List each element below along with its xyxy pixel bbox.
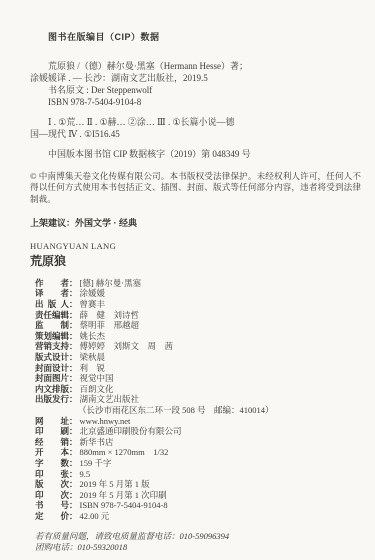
shelf-suggestion: 上架建议：外国文学 · 经典	[30, 216, 361, 229]
credit-colon: ：	[69, 341, 78, 352]
credit-row: 译者：涂媛媛	[35, 288, 361, 299]
credit-label: 作者	[35, 278, 69, 289]
cip-line: Ⅰ . ①荒… Ⅱ . ①赫… ②涂… Ⅲ . ①长篇小说—德	[30, 116, 361, 128]
credit-label: 封面设计	[35, 363, 69, 374]
credit-value: 梁秋晨	[80, 352, 106, 363]
credit-value: 傅婷婷 刘斯文 周 茜	[80, 341, 174, 352]
credit-row: 监制：蔡明菲 邢越超	[35, 320, 361, 331]
credit-label: 定价	[35, 511, 69, 522]
cip-header: 图书在版编目（CIP）数据	[48, 30, 361, 43]
credit-colon: ：	[69, 394, 78, 405]
book-title: 荒原狼	[30, 252, 361, 269]
credit-row: 封面设计：利 锐	[35, 363, 361, 374]
credit-row: 出版人：曾赛丰	[35, 299, 361, 310]
credit-value: ISBN 978-7-5404-9104-8	[80, 500, 168, 511]
credit-colon: ：	[69, 320, 78, 331]
cip-line: 荒原狼 /（德）赫尔曼·黑塞（Hermann Hesse）著；	[30, 60, 361, 72]
credit-value: 北京盛通印刷股份有限公司	[80, 426, 182, 437]
credit-label: 版式设计	[35, 352, 69, 363]
credit-row: 经销：新华书店	[35, 437, 361, 448]
credit-row: 策划编辑：姚长杰	[35, 331, 361, 342]
credit-label: 印张	[35, 469, 69, 480]
credit-colon: ：	[69, 479, 78, 490]
credit-label: 书号	[35, 500, 69, 511]
credit-row: 印刷：北京盛通印刷股份有限公司	[35, 426, 361, 437]
credit-value: [德] 赫尔曼·黑塞	[80, 278, 142, 289]
credit-colon: ：	[69, 458, 78, 469]
credit-row: 印次：2019 年 5 月第 1 次印刷	[35, 490, 361, 501]
credit-label: 内文排版	[35, 384, 69, 395]
credits-list: 作者：[德] 赫尔曼·黑塞译者：涂媛媛出版人：曾赛丰责任编辑：薛 健 刘诗哲监制…	[35, 278, 361, 522]
credit-label: 责任编辑	[35, 310, 69, 321]
credit-colon: ：	[69, 278, 78, 289]
credit-label: 印次	[35, 490, 69, 501]
credit-value: 880mm × 1270mm 1/32	[80, 447, 169, 458]
credit-value: 涂媛媛	[80, 288, 106, 299]
credit-row: 出版发行：湖南文艺出版社	[35, 394, 361, 405]
credit-label: 字数	[35, 458, 69, 469]
credit-value: 百朗文化	[80, 384, 114, 395]
credit-colon: ：	[69, 310, 78, 321]
credit-label: 经销	[35, 437, 69, 448]
credit-row: 版次：2019 年 5 月第 1 版	[35, 479, 361, 490]
credit-value: 2019 年 5 月第 1 版	[80, 479, 150, 490]
credit-label: 营销支持	[35, 341, 69, 352]
credit-value: www.hnwy.net	[80, 416, 131, 427]
credit-label: 出版人	[35, 299, 69, 310]
cip-line: 书名原文 : Der Steppenwolf	[30, 84, 361, 96]
credit-colon: ：	[69, 447, 78, 458]
credit-label: 译者	[35, 288, 69, 299]
group-purchase-notice-line: 团购电话：010-59320018	[35, 542, 361, 553]
credit-value: 曾赛丰	[80, 299, 106, 310]
credit-colon: ：	[69, 331, 78, 342]
credit-row: 网址：www.hnwy.net	[35, 416, 361, 427]
credit-value: 蔡明菲 邢越超	[80, 320, 140, 331]
credit-value: 湖南文艺出版社	[80, 394, 140, 405]
credit-label: 版次	[35, 479, 69, 490]
credit-label: 策划编辑	[35, 331, 69, 342]
credit-colon: ：	[69, 511, 78, 522]
credit-row: 内文排版：百朗文化	[35, 384, 361, 395]
credit-value: 视觉中国	[80, 373, 114, 384]
credit-row: 开本：880mm × 1270mm 1/32	[35, 447, 361, 458]
credit-value: 利 锐	[80, 363, 106, 374]
credit-label: 印刷	[35, 426, 69, 437]
credit-colon: ：	[69, 469, 78, 480]
credit-value: 159 千字	[80, 458, 112, 469]
cip-line: 国—现代 Ⅳ . ①I516.45	[30, 128, 361, 140]
colophon-page: 图书在版编目（CIP）数据 荒原狼 /（德）赫尔曼·黑塞（Hermann Hes…	[0, 0, 375, 560]
copyright-notice: © 中南博集天卷文化传媒有限公司。本书版权受法律保护。未经权利人许可，任何人不得…	[30, 171, 361, 205]
credit-value: 新华书店	[80, 437, 114, 448]
cip-line: 涂媛媛译 . — 长沙：湖南文艺出版社，2019.5	[30, 72, 361, 84]
credit-value: 薛 健 刘诗哲	[80, 310, 140, 321]
title-pinyin: HUANGYUAN LANG	[30, 241, 361, 251]
credit-row: 营销支持：傅婷婷 刘斯文 周 茜	[35, 341, 361, 352]
credit-label: 网址	[35, 416, 69, 427]
credit-colon: ：	[69, 437, 78, 448]
credit-colon: ：	[69, 363, 78, 374]
credit-label: 监制	[35, 320, 69, 331]
credit-colon: ：	[69, 384, 78, 395]
cip-block: 荒原狼 /（德）赫尔曼·黑塞（Hermann Hesse）著；涂媛媛译 . — …	[30, 60, 361, 160]
credit-colon: ：	[69, 490, 78, 501]
credit-label: 开本	[35, 447, 69, 458]
credit-row: 版式设计：梁秋晨	[35, 352, 361, 363]
credit-label: 封面图片	[35, 373, 69, 384]
credit-colon: ：	[69, 288, 78, 299]
credit-extra-line: （长沙市雨花区东二环一段 508 号 邮编：410014）	[35, 405, 361, 416]
credit-row: 作者：[德] 赫尔曼·黑塞	[35, 278, 361, 289]
credit-value: 姚长杰	[80, 331, 106, 342]
credit-colon: ：	[69, 416, 78, 427]
credit-colon: ：	[69, 426, 78, 437]
credit-row: 定价：42.00 元	[35, 511, 361, 522]
cip-line: 中国版本图书馆 CIP 数据核字（2019）第 048349 号	[30, 148, 361, 160]
credit-row: 印张：9.5	[35, 469, 361, 480]
credit-colon: ：	[69, 373, 78, 384]
credit-colon: ：	[69, 352, 78, 363]
credit-row: 字数：159 千字	[35, 458, 361, 469]
credit-row: 封面图片：视觉中国	[35, 373, 361, 384]
credit-value: 9.5	[80, 469, 91, 480]
quality-notice-line: 若有质量问题，请致电质量监督电话：010-59096394	[35, 531, 361, 542]
credit-value: 2019 年 5 月第 1 次印刷	[80, 490, 167, 501]
credit-colon: ：	[69, 299, 78, 310]
cip-line: ISBN 978-7-5404-9104-8	[30, 96, 361, 108]
credit-value: 42.00 元	[80, 511, 110, 522]
credit-label: 出版发行	[35, 394, 69, 405]
credit-row: 责任编辑：薛 健 刘诗哲	[35, 310, 361, 321]
credit-colon: ：	[69, 500, 78, 511]
credit-row: 书号：ISBN 978-7-5404-9104-8	[35, 500, 361, 511]
notices-block: 若有质量问题，请致电质量监督电话：010-59096394 团购电话：010-5…	[35, 531, 361, 553]
